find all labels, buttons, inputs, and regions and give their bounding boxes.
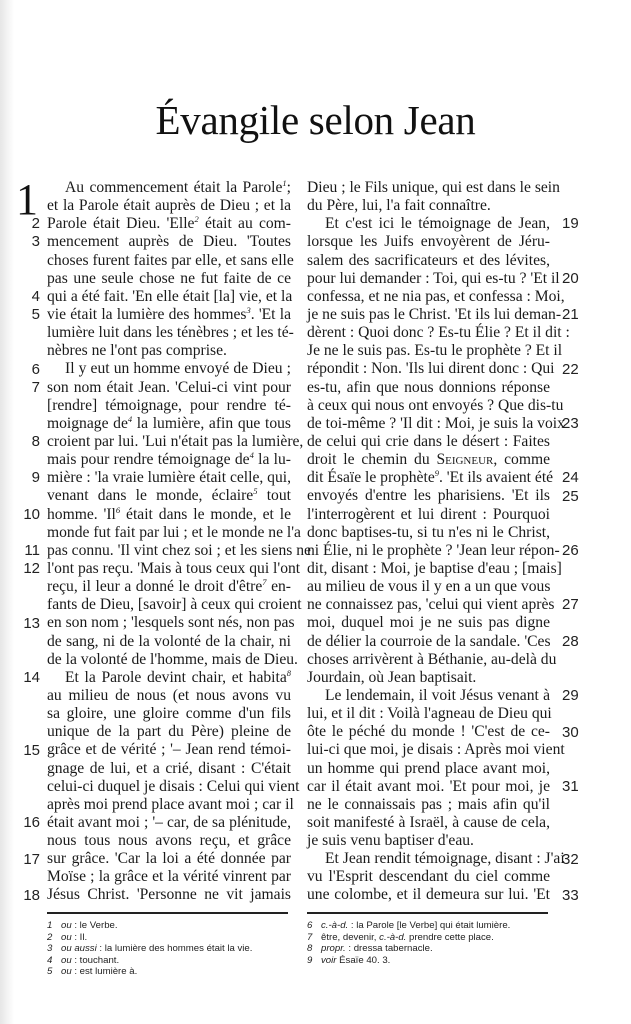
verse-number: 13 <box>14 615 40 633</box>
verse-number: 2 <box>14 215 40 233</box>
verse-number: 16 <box>14 814 40 832</box>
line-text: venant dans le monde, éclaire <box>47 487 253 504</box>
footnote-number: 4 <box>47 955 61 967</box>
text-line: vu l'Esprit descendant du ciel comme <box>307 868 550 886</box>
line-text: et la Parole était auprès de Dieu ; et l… <box>47 197 291 214</box>
line-text: Et la Parole devint chair, et habita <box>65 669 287 686</box>
text-line: au milieu de nous (et nous avons vu <box>47 687 291 705</box>
text-line: reçu, il leur a donné le droit d'être7 e… <box>47 578 291 596</box>
line-text: pas une seule chose ne fut faite de ce <box>47 270 291 287</box>
line-text: gnage de lui, et a crié, disant : C'étai… <box>47 760 291 777</box>
line-text: confessa, et ne nia pas, et confessa : M… <box>307 288 565 305</box>
verse-number: 20 <box>562 270 579 288</box>
footnote-text: : est lumière à. <box>72 966 138 977</box>
verse-number: 9 <box>14 469 40 487</box>
line-text: fants de Dieu, [savoir] à ceux qui croie… <box>47 596 302 613</box>
line-text: Moïse ; la grâce et la vérité vinrent pa… <box>47 868 291 885</box>
text-line: croient par lui. 'Lui n'était pas la lum… <box>47 433 291 451</box>
footnote-text: être, devenir, <box>321 932 379 943</box>
text-line: de sang, ni de la volonté de la chair, n… <box>47 633 291 651</box>
line-text: monde fut fait par lui ; et le monde ne … <box>47 524 301 541</box>
line-text-after: , comme <box>493 451 550 468</box>
line-text-after: était au com- <box>199 215 291 232</box>
text-line: qui a été fait. 'En elle était [la] vie,… <box>47 288 291 306</box>
text-line: Au commencement était la Parole1; <box>47 179 291 197</box>
line-text: lui, et il dit : Voilà l'agneau de Dieu … <box>307 705 552 722</box>
line-text: vie était la lumière des hommes <box>47 306 246 323</box>
text-line: vie était la lumière des hommes3. 'Et la <box>47 306 291 324</box>
line-text: moi, duquel moi je ne suis pas digne <box>307 614 550 631</box>
text-line: salem des sacrificateurs et des lévites, <box>307 252 550 270</box>
page-title: Évangile selon Jean <box>0 96 631 144</box>
text-line: après moi prend place avant moi ; car il <box>47 796 291 814</box>
verse-number: 22 <box>562 361 579 379</box>
right-text-column: Dieu ; le Fils unique, qui est dans le s… <box>307 179 550 905</box>
line-text: à ceux qui nous ont envoyés ? Que dis-tu <box>307 397 563 414</box>
line-text: je ne suis pas le Christ. 'Et ils lui de… <box>307 306 561 323</box>
line-text: choses furent faites par elle, et sans e… <box>47 252 294 269</box>
line-text: Jourdain, où Jean baptisait. <box>307 669 476 686</box>
line-text: était avant moi ; '– car, de sa plénitud… <box>47 814 291 831</box>
text-line: pour lui demander : Toi, qui es-tu ? 'Et… <box>307 270 550 288</box>
line-text: au milieu de nous (et nous avons vu <box>47 687 291 704</box>
line-text: choses arrivèrent à Béthanie, au-delà du <box>307 651 556 668</box>
footnote: 9voir Ésaïe 40. 3. <box>307 955 567 967</box>
text-line: Jésus Christ. 'Personne ne vit jamais <box>47 886 291 904</box>
verse-number: 24 <box>562 469 579 487</box>
line-text: répondit : Non. 'Ils lui dirent donc : Q… <box>307 360 555 377</box>
text-line: monde fut fait par lui ; et le monde ne … <box>47 524 291 542</box>
text-line: nèbres ne l'ont pas comprise. <box>47 342 291 360</box>
text-line: Et c'est ici le témoignage de Jean, <box>307 215 550 233</box>
line-text: de la volonté de l'homme, mais de Dieu. <box>47 651 298 668</box>
line-text: mais pour rendre témoignage de <box>47 451 250 468</box>
text-line: lui, et il dit : Voilà l'agneau de Dieu … <box>307 705 550 723</box>
text-line: sur grâce. 'Car la loi a été donnée par <box>47 850 291 868</box>
line-text: pour lui demander : Toi, qui es-tu ? 'Et… <box>307 270 560 287</box>
text-line: l'interrogèrent et lui dirent : Pourquoi <box>307 506 550 524</box>
line-text: envoyés d'entre les pharisiens. 'Et ils <box>307 487 550 504</box>
line-text: soit manifesté à Israël, à cause de cela… <box>307 814 550 831</box>
line-text: mencement auprès de Dieu. 'Toutes <box>47 233 291 250</box>
line-text: grâce et de vérité ; '– Jean rend témoi- <box>47 741 291 758</box>
text-line: de celui qui crie dans le désert : Faite… <box>307 433 550 451</box>
line-text: Et Jean rendit témoignage, disant : J'ai <box>325 850 565 867</box>
line-text-after: était dans le monde, et le <box>120 506 291 523</box>
line-text: sur grâce. 'Car la loi a été donnée par <box>47 850 291 867</box>
text-line: venant dans le monde, éclaire5 tout <box>47 487 291 505</box>
line-text: de délier la courroie de la sandale. 'Ce… <box>307 633 551 650</box>
line-text: Je ne le suis pas. Es-tu le prophète ? E… <box>307 342 562 359</box>
text-line: pas une seule chose ne fut faite de ce <box>47 270 291 288</box>
line-text: son nom était Jean. 'Celui-ci vint pour <box>47 379 291 396</box>
text-line: nous tous nous avons reçu, et grâce <box>47 832 291 850</box>
text-line: choses arrivèrent à Béthanie, au-delà du <box>307 651 550 669</box>
line-text: unique de la part du Père) pleine de <box>47 723 291 740</box>
text-line: je ne suis pas le Christ. 'Et ils lui de… <box>307 306 550 324</box>
footnote-label: ou <box>61 966 72 977</box>
verse-number: 33 <box>562 887 579 905</box>
text-line: une colombe, et il demeura sur lui. 'Et <box>307 886 550 904</box>
text-line: car il était avant moi. 'Et pour moi, je <box>307 778 550 796</box>
line-text: sa gloire, une gloire comme d'un fils <box>47 705 291 722</box>
line-text: dit Ésaïe le prophète <box>307 469 435 486</box>
line-text-after: ; <box>287 179 291 196</box>
verse-number: 26 <box>562 542 579 560</box>
line-text: salem des sacrificateurs et des lévites, <box>307 252 550 269</box>
line-text: une colombe, et il demeura sur lui. 'Et <box>307 886 550 903</box>
text-line: lorsque les Juifs envoyèrent de Jéru- <box>307 233 550 251</box>
verse-number: 31 <box>562 778 579 796</box>
line-text: [rendre] témoignage, pour rendre té- <box>47 397 291 414</box>
verse-number: 7 <box>14 379 40 397</box>
line-text: mière : 'la vraie lumière était celle, q… <box>47 469 291 486</box>
footnote-divider-left <box>47 912 288 914</box>
text-line: grâce et de vérité ; '– Jean rend témoi- <box>47 741 291 759</box>
line-text: droit le chemin du <box>307 451 436 468</box>
text-line: l'ont pas reçu. 'Mais à tous ceux qui l'… <box>47 560 291 578</box>
text-line: je suis venu baptiser d'eau. <box>307 832 550 850</box>
text-line: dit Ésaïe le prophète9. 'Et ils avaient … <box>307 469 550 487</box>
text-line: Parole était Dieu. 'Elle2 était au com- <box>47 215 291 233</box>
footnote-text: : Il. <box>72 932 87 943</box>
footnote-text: : la lumière des hommes était la vie. <box>97 943 253 954</box>
footnote-text: : dressa tabernacle. <box>346 943 433 954</box>
line-text: Et c'est ici le témoignage de Jean, <box>325 215 550 232</box>
footnote-label: ou <box>61 955 72 966</box>
text-line: donc baptises-tu, si tu n'es ni le Chris… <box>307 524 550 542</box>
footnote-number: 3 <box>47 943 61 955</box>
footnote-text: : touchant. <box>72 955 119 966</box>
line-text: qui a été fait. 'En elle était [la] vie,… <box>47 288 292 305</box>
text-line: Dieu ; le Fils unique, qui est dans le s… <box>307 179 550 197</box>
text-line: fants de Dieu, [savoir] à ceux qui croie… <box>47 596 291 614</box>
line-text-after: . 'Et la <box>251 306 291 323</box>
text-line: Et la Parole devint chair, et habita8 <box>47 669 291 687</box>
line-text: de celui qui crie dans le désert : Faite… <box>307 433 550 450</box>
text-line: confessa, et ne nia pas, et confessa : M… <box>307 288 550 306</box>
line-text: de sang, ni de la volonté de la chair, n… <box>47 633 291 650</box>
footnote-number: 9 <box>307 955 321 967</box>
verse-number: 28 <box>562 633 579 651</box>
line-text: dit, disant : Moi, je baptise d'eau ; [m… <box>307 560 562 577</box>
text-line: son nom était Jean. 'Celui-ci vint pour <box>47 379 291 397</box>
verse-number: 10 <box>14 506 40 524</box>
text-line: moi, duquel moi je ne suis pas digne <box>307 614 550 632</box>
text-line: soit manifesté à Israël, à cause de cela… <box>307 814 550 832</box>
verse-number: 15 <box>14 742 40 760</box>
left-text-column: Au commencement était la Parole1;et la P… <box>47 179 291 905</box>
text-line: lumière luit dans les ténèbres ; et les … <box>47 324 291 342</box>
footnote-number: 2 <box>47 932 61 944</box>
text-line: Moïse ; la grâce et la vérité vinrent pa… <box>47 868 291 886</box>
line-text: dèrent : Quoi donc ? Es-tu Élie ? Et il … <box>307 324 570 341</box>
line-text: nous tous nous avons reçu, et grâce <box>47 832 291 849</box>
line-text-after: la lumière, afin que tous <box>132 415 291 432</box>
line-text: car il était avant moi. 'Et pour moi, je <box>307 778 550 795</box>
line-text: en son nom ; 'lesquels sont nés, non pas <box>47 614 295 631</box>
verse-number: 27 <box>562 596 579 614</box>
text-line: du Père, lui, l'a fait connaître. <box>307 197 550 215</box>
text-line: et la Parole était auprès de Dieu ; et l… <box>47 197 291 215</box>
verse-number: 17 <box>14 851 40 869</box>
line-text: moignage de <box>47 415 128 432</box>
verse-number: 25 <box>562 488 579 506</box>
line-text: je suis venu baptiser d'eau. <box>307 832 474 849</box>
line-text-after: . 'Et ils avaient été <box>439 469 553 486</box>
line-text: Au commencement était la Parole <box>65 179 282 196</box>
verse-number: 19 <box>562 215 579 233</box>
footnote-label: c.-à-d. <box>379 932 406 943</box>
verse-number: 29 <box>562 687 579 705</box>
text-line: mière : 'la vraie lumière était celle, q… <box>47 469 291 487</box>
text-line: choses furent faites par elle, et sans e… <box>47 252 291 270</box>
line-text: nèbres ne l'ont pas comprise. <box>47 342 227 359</box>
line-text: Le lendemain, il voit Jésus venant à <box>325 687 550 704</box>
footnote-label: ou <box>61 932 72 943</box>
text-line: ne connaissez pas, 'celui qui vient aprè… <box>307 596 550 614</box>
footnote: 3ou aussi : la lumière des hommes était … <box>47 943 297 955</box>
verse-number: 4 <box>14 288 40 306</box>
line-text: ôte le péché du monde ! 'C'est de ce- <box>307 723 550 740</box>
line-text: croient par lui. 'Lui n'était pas la lum… <box>47 433 303 450</box>
text-line: moignage de4 la lumière, afin que tous <box>47 415 291 433</box>
verse-number: 30 <box>562 724 579 742</box>
footnote: 2ou : Il. <box>47 932 297 944</box>
chapter-number: 1 <box>16 180 38 220</box>
text-line: [rendre] témoignage, pour rendre té- <box>47 397 291 415</box>
text-line: droit le chemin du Seigneur, comme <box>307 451 550 469</box>
footnotes-right: 6c.-à-d. : la Parole [le Verbe] qui étai… <box>307 920 567 966</box>
text-line: mais pour rendre témoignage de4 la lu- <box>47 451 291 469</box>
verse-number: 3 <box>14 233 40 251</box>
text-line: de la volonté de l'homme, mais de Dieu. <box>47 651 291 669</box>
text-line: répondit : Non. 'Ils lui dirent donc : Q… <box>307 360 550 378</box>
line-text: es-tu, afin que nous donnions réponse <box>307 379 550 396</box>
text-line: de délier la courroie de la sandale. 'Ce… <box>307 633 550 651</box>
verse-number: 14 <box>14 669 40 687</box>
line-text: Jésus Christ. 'Personne ne vit jamais <box>47 886 291 903</box>
text-line: mencement auprès de Dieu. 'Toutes <box>47 233 291 251</box>
text-line: envoyés d'entre les pharisiens. 'Et ils <box>307 487 550 505</box>
text-line: un homme qui prend place avant moi, <box>307 760 550 778</box>
text-line: de toi-même ? 'Il dit : Moi, je suis la … <box>307 415 550 433</box>
line-text: un homme qui prend place avant moi, <box>307 760 550 777</box>
line-text: l'interrogèrent et lui dirent : Pourquoi <box>307 506 550 523</box>
text-line: es-tu, afin que nous donnions réponse <box>307 379 550 397</box>
footnote-number: 1 <box>47 920 61 932</box>
line-text: lui-ci que moi, je disais : Après moi vi… <box>307 741 565 758</box>
line-text: pas connu. 'Il vint chez soi ; et les si… <box>47 542 311 559</box>
text-line: ôte le péché du monde ! 'C'est de ce- <box>307 723 550 741</box>
line-text: donc baptises-tu, si tu n'es ni le Chris… <box>307 524 550 541</box>
footnote-label: c.-à-d. <box>321 920 348 931</box>
footnotes-left: 1ou : le Verbe.2ou : Il.3ou aussi : la l… <box>47 920 297 978</box>
line-text: vu l'Esprit descendant du ciel comme <box>307 868 550 885</box>
verse-number: 12 <box>14 560 40 578</box>
line-text: au milieu de vous il y en a un que vous <box>307 578 550 595</box>
line-text: de toi-même ? 'Il dit : Moi, je suis la … <box>307 415 565 432</box>
line-text-after: en- <box>267 578 291 595</box>
line-text-after: la lu- <box>254 451 291 468</box>
line-text: ni Élie, ni le prophète ? 'Jean leur rép… <box>307 542 560 559</box>
line-text: homme. 'Il <box>47 506 116 523</box>
line-text: lumière luit dans les ténèbres ; et les … <box>47 324 294 341</box>
footnote-number: 5 <box>47 966 61 978</box>
text-line: sa gloire, une gloire comme d'un fils <box>47 705 291 723</box>
line-text: reçu, il leur a donné le droit d'être <box>47 578 262 595</box>
footnote-text: : le Verbe. <box>72 920 118 931</box>
verse-number: 8 <box>14 433 40 451</box>
line-text: Dieu ; le Fils unique, qui est dans le s… <box>307 179 560 196</box>
line-text: Il y eut un homme envoyé de Dieu ; <box>65 360 291 377</box>
footnote-text: Ésaïe 40. 3. <box>336 955 390 966</box>
footnote-number: 6 <box>307 920 321 932</box>
text-line: dit, disant : Moi, je baptise d'eau ; [m… <box>307 560 550 578</box>
text-line: Il y eut un homme envoyé de Dieu ; <box>47 360 291 378</box>
verse-number: 18 <box>14 887 40 905</box>
line-text: l'ont pas reçu. 'Mais à tous ceux qui l'… <box>47 560 300 577</box>
line-text: lorsque les Juifs envoyèrent de Jéru- <box>307 233 550 250</box>
line-text-after: tout <box>257 487 291 504</box>
text-line: était avant moi ; '– car, de sa plénitud… <box>47 814 291 832</box>
line-text: après moi prend place avant moi ; car il <box>47 796 294 813</box>
text-line: au milieu de vous il y en a un que vous <box>307 578 550 596</box>
footnote-label: ou <box>61 920 72 931</box>
line-text: ne le connaissais pas ; mais afin qu'il <box>307 796 550 813</box>
footnote-text: prendre cette place. <box>406 932 493 943</box>
text-line: dèrent : Quoi donc ? Es-tu Élie ? Et il … <box>307 324 550 342</box>
footnote-label: voir <box>321 955 336 966</box>
line-text: du Père, lui, l'a fait connaître. <box>307 197 491 214</box>
line-text: Parole était Dieu. 'Elle <box>47 215 194 232</box>
text-line: à ceux qui nous ont envoyés ? Que dis-tu <box>307 397 550 415</box>
text-line: unique de la part du Père) pleine de <box>47 723 291 741</box>
text-line: lui-ci que moi, je disais : Après moi vi… <box>307 741 550 759</box>
footnote-number: 7 <box>307 932 321 944</box>
text-line: gnage de lui, et a crié, disant : C'étai… <box>47 760 291 778</box>
footnote: 7être, devenir, c.-à-d. prendre cette pl… <box>307 932 567 944</box>
text-line: pas connu. 'Il vint chez soi ; et les si… <box>47 542 291 560</box>
small-caps-text: Seigneur <box>436 451 493 468</box>
verse-number: 21 <box>562 306 579 324</box>
text-line: homme. 'Il6 était dans le monde, et le <box>47 506 291 524</box>
verse-number: 5 <box>14 306 40 324</box>
footnote: 8propr. : dressa tabernacle. <box>307 943 567 955</box>
footnote: 6c.-à-d. : la Parole [le Verbe] qui étai… <box>307 920 567 932</box>
verse-number: 11 <box>14 542 40 560</box>
footnote-divider-right <box>307 912 548 914</box>
footnote-text: : la Parole [le Verbe] qui était lumière… <box>348 920 510 931</box>
text-line: ne le connaissais pas ; mais afin qu'il <box>307 796 550 814</box>
line-text: celui-ci duquel je disais : Celui qui vi… <box>47 778 299 795</box>
text-line: en son nom ; 'lesquels sont nés, non pas <box>47 614 291 632</box>
footnote: 4ou : touchant. <box>47 955 297 967</box>
footnote: 1ou : le Verbe. <box>47 920 297 932</box>
footnote-number: 8 <box>307 943 321 955</box>
text-line: Jourdain, où Jean baptisait. <box>307 669 550 687</box>
page-gutter-shadow <box>0 0 14 1024</box>
text-line: Je ne le suis pas. Es-tu le prophète ? E… <box>307 342 550 360</box>
footnote-label: propr. <box>321 943 346 954</box>
footnote-label: ou aussi <box>61 943 97 954</box>
line-text: ne connaissez pas, 'celui qui vient aprè… <box>307 596 554 613</box>
footnote: 5ou : est lumière à. <box>47 966 297 978</box>
text-line: Le lendemain, il voit Jésus venant à <box>307 687 550 705</box>
verse-number: 6 <box>14 361 40 379</box>
text-line: Et Jean rendit témoignage, disant : J'ai <box>307 850 550 868</box>
text-line: ni Élie, ni le prophète ? 'Jean leur rép… <box>307 542 550 560</box>
footnote-ref[interactable]: 8 <box>287 668 291 678</box>
text-line: celui-ci duquel je disais : Celui qui vi… <box>47 778 291 796</box>
